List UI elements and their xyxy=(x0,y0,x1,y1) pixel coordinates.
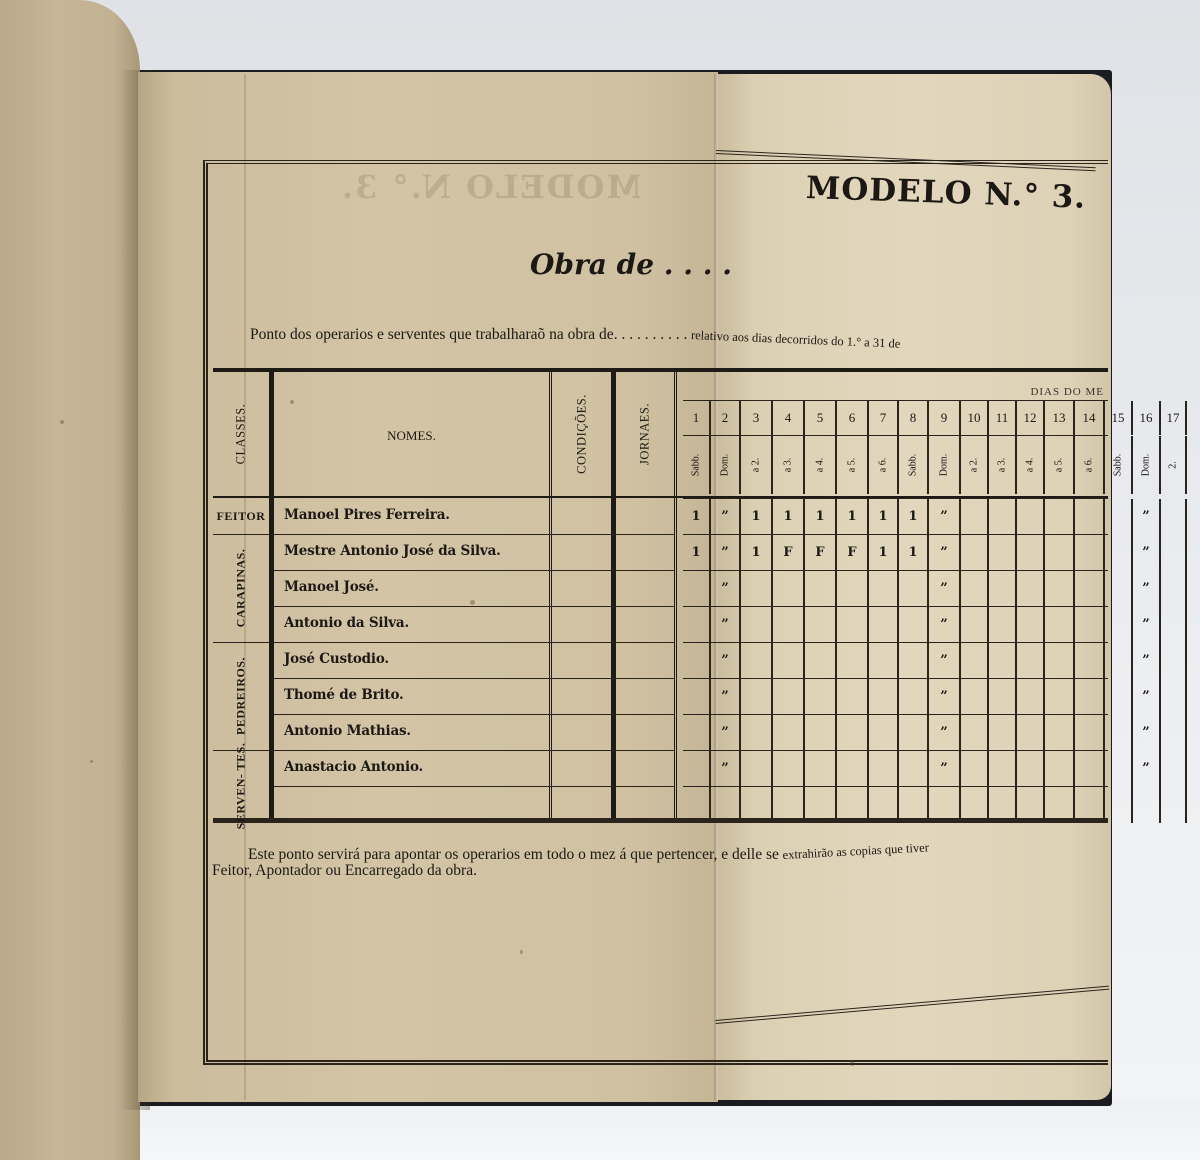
day-mark-cell xyxy=(1161,499,1187,535)
day-number: 17 xyxy=(1161,401,1187,435)
day-mark-cell: ” xyxy=(929,643,961,679)
row-divider xyxy=(274,714,674,715)
day-mark-cell xyxy=(899,715,929,751)
day-mark-cell xyxy=(1017,571,1045,607)
weekday-label: a 5. xyxy=(837,436,869,494)
day-number: 13 xyxy=(1045,401,1075,435)
day-mark-cell xyxy=(1105,535,1133,571)
work-title: Obra de . . . . xyxy=(530,248,732,281)
weekday-text: a 3. xyxy=(997,458,1008,472)
day-mark-cell xyxy=(805,751,837,787)
day-mark-cell xyxy=(683,787,711,823)
weekday-text: a 3. xyxy=(783,458,794,472)
day-mark-row: 1”1FFF11”” xyxy=(683,534,1108,571)
day-mark-cell: F xyxy=(837,535,869,571)
day-mark-cell xyxy=(805,679,837,715)
weekday-text: a 6. xyxy=(1084,458,1095,472)
day-mark-cell xyxy=(961,535,989,571)
worker-name: Manoel Pires Ferreira. xyxy=(284,507,450,523)
day-mark-cell xyxy=(1161,643,1187,679)
day-mark-cell xyxy=(1075,787,1105,823)
day-mark-cell xyxy=(869,679,899,715)
weekday-label: Sabb. xyxy=(1105,436,1133,494)
weekday-label: a 4. xyxy=(1017,436,1045,494)
day-mark-cell xyxy=(683,607,711,643)
day-mark-row xyxy=(683,786,1108,823)
attendance-table: CLASSES. NOMES. CONDIÇÕES. JORNAES. FEIT… xyxy=(213,368,1108,823)
day-mark-row: ””” xyxy=(683,642,1108,679)
foxing-spot xyxy=(470,600,475,605)
day-number: 6 xyxy=(837,401,869,435)
weekday-text: a 5. xyxy=(847,458,858,472)
day-mark-cell xyxy=(869,715,899,751)
day-mark-cell xyxy=(1133,787,1161,823)
day-mark-cell xyxy=(1105,499,1133,535)
day-mark-cell: 1 xyxy=(741,535,773,571)
day-mark-cell xyxy=(1161,679,1187,715)
day-mark-cell xyxy=(741,643,773,679)
class-label-text: FEITOR xyxy=(213,498,269,534)
row-divider xyxy=(274,534,674,535)
foxing-spot xyxy=(520,950,523,954)
day-mark-cell xyxy=(899,643,929,679)
day-mark-cell: 1 xyxy=(741,499,773,535)
day-mark-cell: 1 xyxy=(805,499,837,535)
day-mark-cell xyxy=(1017,607,1045,643)
weekday-text: a 2. xyxy=(751,458,762,472)
day-mark-cell xyxy=(1075,535,1105,571)
day-mark-row: 1”111111”” xyxy=(683,498,1108,535)
day-mark-row: ””” xyxy=(683,714,1108,751)
day-mark-cell xyxy=(741,679,773,715)
weekday-label: 2. xyxy=(1161,436,1187,494)
day-mark-cell xyxy=(961,787,989,823)
day-number: 10 xyxy=(961,401,989,435)
day-mark-cell xyxy=(961,499,989,535)
mirrored-bleedthrough-text: MODELO N.° 3. xyxy=(340,168,642,206)
day-mark-cell xyxy=(1075,679,1105,715)
day-mark-cell xyxy=(989,787,1017,823)
day-mark-cell xyxy=(1075,715,1105,751)
header-days-of-month: DIAS DO ME xyxy=(1030,386,1104,398)
day-mark-cell xyxy=(711,787,741,823)
day-mark-row: ””” xyxy=(683,570,1108,607)
row-divider xyxy=(274,570,674,571)
day-mark-cell xyxy=(741,715,773,751)
foxing-spot xyxy=(850,1060,855,1066)
worker-name: Mestre Antonio José da Silva. xyxy=(284,543,501,559)
weekday-text: Dom. xyxy=(1141,454,1152,477)
day-mark-cell xyxy=(899,679,929,715)
day-number: 15 xyxy=(1105,401,1133,435)
weekday-label: Dom. xyxy=(929,436,961,494)
day-mark-cell: ” xyxy=(1133,535,1161,571)
day-mark-row: ””” xyxy=(683,750,1108,787)
intro-text: Ponto dos operarios e serventes que trab… xyxy=(250,326,901,344)
weekday-label: a 2. xyxy=(741,436,773,494)
weekday-label: a 6. xyxy=(869,436,899,494)
day-mark-cell xyxy=(1161,571,1187,607)
foxing-spot xyxy=(290,400,294,404)
day-mark-cell: ” xyxy=(929,715,961,751)
day-mark-cell xyxy=(1105,643,1133,679)
day-mark-cell xyxy=(805,607,837,643)
day-mark-cell xyxy=(899,571,929,607)
day-mark-cell xyxy=(1105,607,1133,643)
foxing-spot xyxy=(60,420,64,424)
day-mark-cell xyxy=(869,571,899,607)
day-mark-cell xyxy=(1075,643,1105,679)
weekday-text: a 2. xyxy=(969,458,980,472)
weekday-label: Sabb. xyxy=(899,436,929,494)
day-mark-cell: ” xyxy=(929,679,961,715)
class-divider xyxy=(213,822,269,823)
foxing-spot xyxy=(90,760,93,763)
day-mark-cell xyxy=(1045,715,1075,751)
worker-name: Thomé de Brito. xyxy=(284,687,404,703)
day-mark-grid: 1”111111””1”1FFF11”””””””””””””””””””” xyxy=(683,496,1108,818)
days-of-month-block: DIAS DO ME 1234567891011121314151617 Sab… xyxy=(679,372,1108,818)
day-mark-cell: 1 xyxy=(869,499,899,535)
day-mark-cell xyxy=(837,715,869,751)
day-number-row: 1234567891011121314151617 xyxy=(683,400,1108,436)
day-mark-cell xyxy=(773,607,805,643)
day-mark-cell: ” xyxy=(929,499,961,535)
day-mark-cell xyxy=(741,787,773,823)
day-mark-cell: ” xyxy=(711,751,741,787)
day-mark-cell xyxy=(837,607,869,643)
day-mark-cell: ” xyxy=(929,607,961,643)
day-number: 8 xyxy=(899,401,929,435)
weekday-text: a 5. xyxy=(1054,458,1065,472)
day-mark-cell xyxy=(1017,679,1045,715)
weekday-text: Dom. xyxy=(720,454,731,477)
day-mark-cell xyxy=(1045,607,1075,643)
weekday-label: Sabb. xyxy=(683,436,711,494)
day-mark-cell xyxy=(989,607,1017,643)
day-mark-cell xyxy=(899,751,929,787)
weekday-text: Sabb. xyxy=(908,454,919,477)
day-mark-cell: 1 xyxy=(683,499,711,535)
row-divider xyxy=(274,786,674,787)
day-mark-cell xyxy=(1161,535,1187,571)
backdrop xyxy=(0,1100,1200,1160)
day-mark-cell xyxy=(961,607,989,643)
day-mark-cell xyxy=(1017,499,1045,535)
class-label-text: CARAPINAS. xyxy=(234,549,249,628)
class-label: SERVEN- TES. xyxy=(213,750,269,822)
weekday-text: a 4. xyxy=(815,458,826,472)
day-mark-cell xyxy=(989,751,1017,787)
weekday-label: a 4. xyxy=(805,436,837,494)
column-names: NOMES. xyxy=(274,372,552,818)
day-mark-cell xyxy=(1045,643,1075,679)
header-names: NOMES. xyxy=(274,428,549,444)
day-mark-cell: ” xyxy=(711,607,741,643)
day-number: 16 xyxy=(1133,401,1161,435)
class-label: CARAPINAS. xyxy=(213,534,269,642)
day-number: 4 xyxy=(773,401,805,435)
day-mark-cell: ” xyxy=(1133,499,1161,535)
day-mark-cell xyxy=(899,787,929,823)
day-mark-cell xyxy=(1045,571,1075,607)
day-mark-cell xyxy=(989,679,1017,715)
left-page-stack xyxy=(0,0,140,1160)
weekday-row: Sabb.Dom.a 2.a 3.a 4.a 5.a 6.Sabb.Dom.a … xyxy=(683,436,1108,494)
day-mark-cell xyxy=(1105,751,1133,787)
day-mark-cell xyxy=(1017,787,1045,823)
day-mark-row: ””” xyxy=(683,678,1108,715)
footer-note-line2: Feitor, Apontador ou Encarregado da obra… xyxy=(212,862,477,880)
weekday-text: Dom. xyxy=(939,454,950,477)
day-mark-cell: ” xyxy=(1133,571,1161,607)
day-mark-cell xyxy=(1017,751,1045,787)
day-mark-cell xyxy=(683,715,711,751)
weekday-label: a 5. xyxy=(1045,436,1075,494)
day-mark-cell: ” xyxy=(929,751,961,787)
weekday-text: a 4. xyxy=(1025,458,1036,472)
day-mark-cell xyxy=(805,715,837,751)
day-mark-cell xyxy=(869,751,899,787)
intro-main: Ponto dos operarios e serventes que trab… xyxy=(250,326,691,343)
day-mark-cell xyxy=(805,571,837,607)
weekday-label: a 3. xyxy=(989,436,1017,494)
day-mark-cell: ” xyxy=(929,571,961,607)
day-mark-cell xyxy=(741,751,773,787)
day-mark-cell: ” xyxy=(711,679,741,715)
day-mark-cell xyxy=(1045,787,1075,823)
day-mark-cell: F xyxy=(805,535,837,571)
weekday-label: a 3. xyxy=(773,436,805,494)
day-mark-cell xyxy=(1045,535,1075,571)
worker-name: Antonio Mathias. xyxy=(284,723,411,739)
day-mark-cell xyxy=(1075,571,1105,607)
day-mark-cell xyxy=(869,607,899,643)
worker-name: Manoel José. xyxy=(284,579,379,595)
day-mark-cell xyxy=(1045,499,1075,535)
weekday-label: a 2. xyxy=(961,436,989,494)
day-number: 3 xyxy=(741,401,773,435)
day-mark-cell xyxy=(961,679,989,715)
class-label-text: SERVEN- TES. xyxy=(234,743,249,830)
day-mark-cell xyxy=(869,787,899,823)
day-mark-cell xyxy=(683,679,711,715)
day-mark-cell: ” xyxy=(711,571,741,607)
day-mark-cell xyxy=(683,751,711,787)
day-mark-cell xyxy=(961,751,989,787)
header-classes: CLASSES. xyxy=(234,404,249,465)
row-divider xyxy=(274,606,674,607)
day-number: 9 xyxy=(929,401,961,435)
day-number: 14 xyxy=(1075,401,1105,435)
day-mark-cell xyxy=(683,571,711,607)
day-mark-cell xyxy=(989,643,1017,679)
day-mark-cell xyxy=(1161,787,1187,823)
day-number: 1 xyxy=(683,401,711,435)
day-mark-cell xyxy=(837,679,869,715)
class-label: PEDREIROS. xyxy=(213,642,269,750)
day-mark-cell xyxy=(805,787,837,823)
day-mark-cell xyxy=(989,499,1017,535)
worker-name: Antonio da Silva. xyxy=(284,615,409,631)
day-mark-cell: ” xyxy=(711,715,741,751)
day-mark-cell: ” xyxy=(1133,751,1161,787)
day-mark-cell: 1 xyxy=(837,499,869,535)
day-mark-cell: 1 xyxy=(899,535,929,571)
weekday-label: Dom. xyxy=(711,436,741,494)
weekday-label: Dom. xyxy=(1133,436,1161,494)
day-mark-cell: ” xyxy=(929,535,961,571)
day-number: 7 xyxy=(869,401,899,435)
day-mark-cell xyxy=(1017,535,1045,571)
column-wages: JORNAES. xyxy=(616,372,677,818)
day-mark-cell xyxy=(773,751,805,787)
day-mark-cell: ” xyxy=(1133,643,1161,679)
day-mark-cell xyxy=(1045,679,1075,715)
day-number: 12 xyxy=(1017,401,1045,435)
day-mark-cell xyxy=(683,643,711,679)
day-mark-cell xyxy=(961,643,989,679)
column-conditions: CONDIÇÕES. xyxy=(553,372,616,818)
worker-name: José Custodio. xyxy=(284,651,389,667)
day-mark-cell xyxy=(1075,751,1105,787)
day-mark-cell xyxy=(741,607,773,643)
day-mark-row: ””” xyxy=(683,606,1108,643)
day-mark-cell: 1 xyxy=(899,499,929,535)
row-divider xyxy=(274,642,674,643)
day-mark-cell: ” xyxy=(1133,679,1161,715)
day-mark-cell: ” xyxy=(1133,715,1161,751)
day-mark-cell xyxy=(961,715,989,751)
day-mark-cell xyxy=(989,715,1017,751)
weekday-text: Sabb. xyxy=(691,454,702,477)
day-mark-cell xyxy=(899,607,929,643)
day-mark-cell xyxy=(1045,751,1075,787)
day-mark-cell xyxy=(989,535,1017,571)
day-mark-cell xyxy=(929,787,961,823)
day-mark-cell xyxy=(773,715,805,751)
day-mark-cell xyxy=(1017,715,1045,751)
day-mark-cell xyxy=(773,787,805,823)
day-mark-cell xyxy=(989,571,1017,607)
day-mark-cell xyxy=(837,787,869,823)
day-mark-cell: 1 xyxy=(869,535,899,571)
day-mark-cell: ” xyxy=(1133,607,1161,643)
day-mark-cell xyxy=(1105,787,1133,823)
day-mark-cell xyxy=(1105,571,1133,607)
day-mark-cell xyxy=(1161,751,1187,787)
day-mark-cell xyxy=(773,571,805,607)
class-label: FEITOR xyxy=(213,498,269,534)
header-conditions: CONDIÇÕES. xyxy=(575,394,590,474)
weekday-text: 2. xyxy=(1168,461,1179,469)
footer-main: Este ponto servirá para apontar os opera… xyxy=(248,846,783,863)
header-wages: JORNAES. xyxy=(638,403,653,465)
day-number: 5 xyxy=(805,401,837,435)
day-mark-cell: ” xyxy=(711,535,741,571)
day-mark-cell: ” xyxy=(711,499,741,535)
day-mark-cell xyxy=(773,643,805,679)
row-divider xyxy=(274,678,674,679)
day-mark-cell xyxy=(1075,499,1105,535)
day-number: 11 xyxy=(989,401,1017,435)
day-mark-cell xyxy=(869,643,899,679)
row-divider xyxy=(274,822,674,823)
day-mark-cell xyxy=(773,679,805,715)
worker-name: Anastacio Antonio. xyxy=(284,759,423,775)
day-mark-cell xyxy=(1105,715,1133,751)
weekday-label: a 6. xyxy=(1075,436,1105,494)
day-mark-cell: 1 xyxy=(683,535,711,571)
class-label-text: PEDREIROS. xyxy=(234,657,249,735)
day-mark-cell xyxy=(1017,643,1045,679)
day-mark-cell xyxy=(1075,607,1105,643)
day-mark-cell xyxy=(741,571,773,607)
weekday-text: a 6. xyxy=(878,458,889,472)
day-mark-cell: F xyxy=(773,535,805,571)
day-mark-cell xyxy=(1105,679,1133,715)
day-mark-cell xyxy=(961,571,989,607)
day-mark-cell xyxy=(837,751,869,787)
day-number: 2 xyxy=(711,401,741,435)
weekday-text: Sabb. xyxy=(1113,454,1124,477)
day-mark-cell xyxy=(837,571,869,607)
day-mark-cell: ” xyxy=(711,643,741,679)
day-mark-cell xyxy=(1161,715,1187,751)
day-mark-cell xyxy=(837,643,869,679)
day-mark-cell xyxy=(1161,607,1187,643)
row-divider xyxy=(274,750,674,751)
day-mark-cell xyxy=(805,643,837,679)
day-mark-cell: 1 xyxy=(773,499,805,535)
